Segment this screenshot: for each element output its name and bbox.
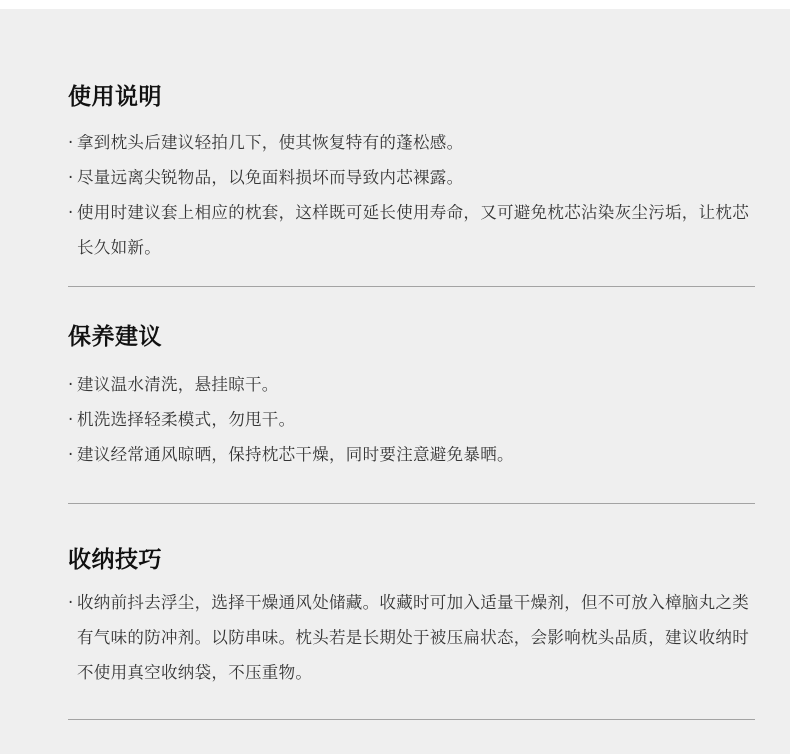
bullet-dot: · (68, 437, 74, 472)
list-item: · 建议经常通风晾晒，保持枕芯干燥，同时要注意避免暴晒。 (68, 437, 755, 472)
section-body: · 建议温水清洗，悬挂晾干。 · 机洗选择轻柔模式，勿甩干。 · 建议经常通风晾… (68, 367, 755, 472)
list-item-text: 尽量远离尖锐物品，以免面料损坏而导致内芯裸露。 (77, 168, 463, 187)
list-item-text: 建议温水清洗，悬挂晾干。 (77, 375, 279, 394)
section-body: · 拿到枕头后建议轻拍几下，使其恢复特有的蓬松感。 · 尽量远离尖锐物品，以免面… (68, 125, 755, 265)
bullet-dot: · (68, 160, 74, 195)
list-item: · 收纳前抖去浮尘，选择干燥通风处储藏。收藏时可加入适量干燥剂，但不可放入樟脑丸… (68, 585, 755, 690)
section-body: · 收纳前抖去浮尘，选择干燥通风处储藏。收藏时可加入适量干燥剂，但不可放入樟脑丸… (68, 585, 755, 690)
section-title: 使用说明 (68, 83, 162, 111)
section-divider (68, 503, 755, 504)
bullet-dot: · (68, 585, 74, 620)
list-item-text: 收纳前抖去浮尘，选择干燥通风处储藏。收藏时可加入适量干燥剂，但不可放入樟脑丸之类… (77, 593, 749, 682)
list-item: · 尽量远离尖锐物品，以免面料损坏而导致内芯裸露。 (68, 160, 755, 195)
list-item-text: 机洗选择轻柔模式，勿甩干。 (77, 410, 295, 429)
bullet-dot: · (68, 367, 74, 402)
section-divider (68, 286, 755, 287)
list-item: · 建议温水清洗，悬挂晾干。 (68, 367, 755, 402)
section-divider (68, 719, 755, 720)
bullet-dot: · (68, 125, 74, 160)
list-item-text: 拿到枕头后建议轻拍几下，使其恢复特有的蓬松感。 (77, 133, 463, 152)
section-title: 保养建议 (68, 323, 162, 351)
bullet-dot: · (68, 195, 74, 230)
list-item: · 拿到枕头后建议轻拍几下，使其恢复特有的蓬松感。 (68, 125, 755, 160)
list-item: · 机洗选择轻柔模式，勿甩干。 (68, 402, 755, 437)
section-title: 收纳技巧 (68, 546, 162, 574)
product-care-page: 使用说明 · 拿到枕头后建议轻拍几下，使其恢复特有的蓬松感。 · 尽量远离尖锐物… (0, 9, 790, 754)
bullet-dot: · (68, 402, 74, 437)
list-item-text: 使用时建议套上相应的枕套，这样既可延长使用寿命，又可避免枕芯沾染灰尘污垢，让枕芯… (77, 203, 749, 257)
list-item-text: 建议经常通风晾晒，保持枕芯干燥，同时要注意避免暴晒。 (77, 445, 514, 464)
list-item: · 使用时建议套上相应的枕套，这样既可延长使用寿命，又可避免枕芯沾染灰尘污垢，让… (68, 195, 755, 265)
